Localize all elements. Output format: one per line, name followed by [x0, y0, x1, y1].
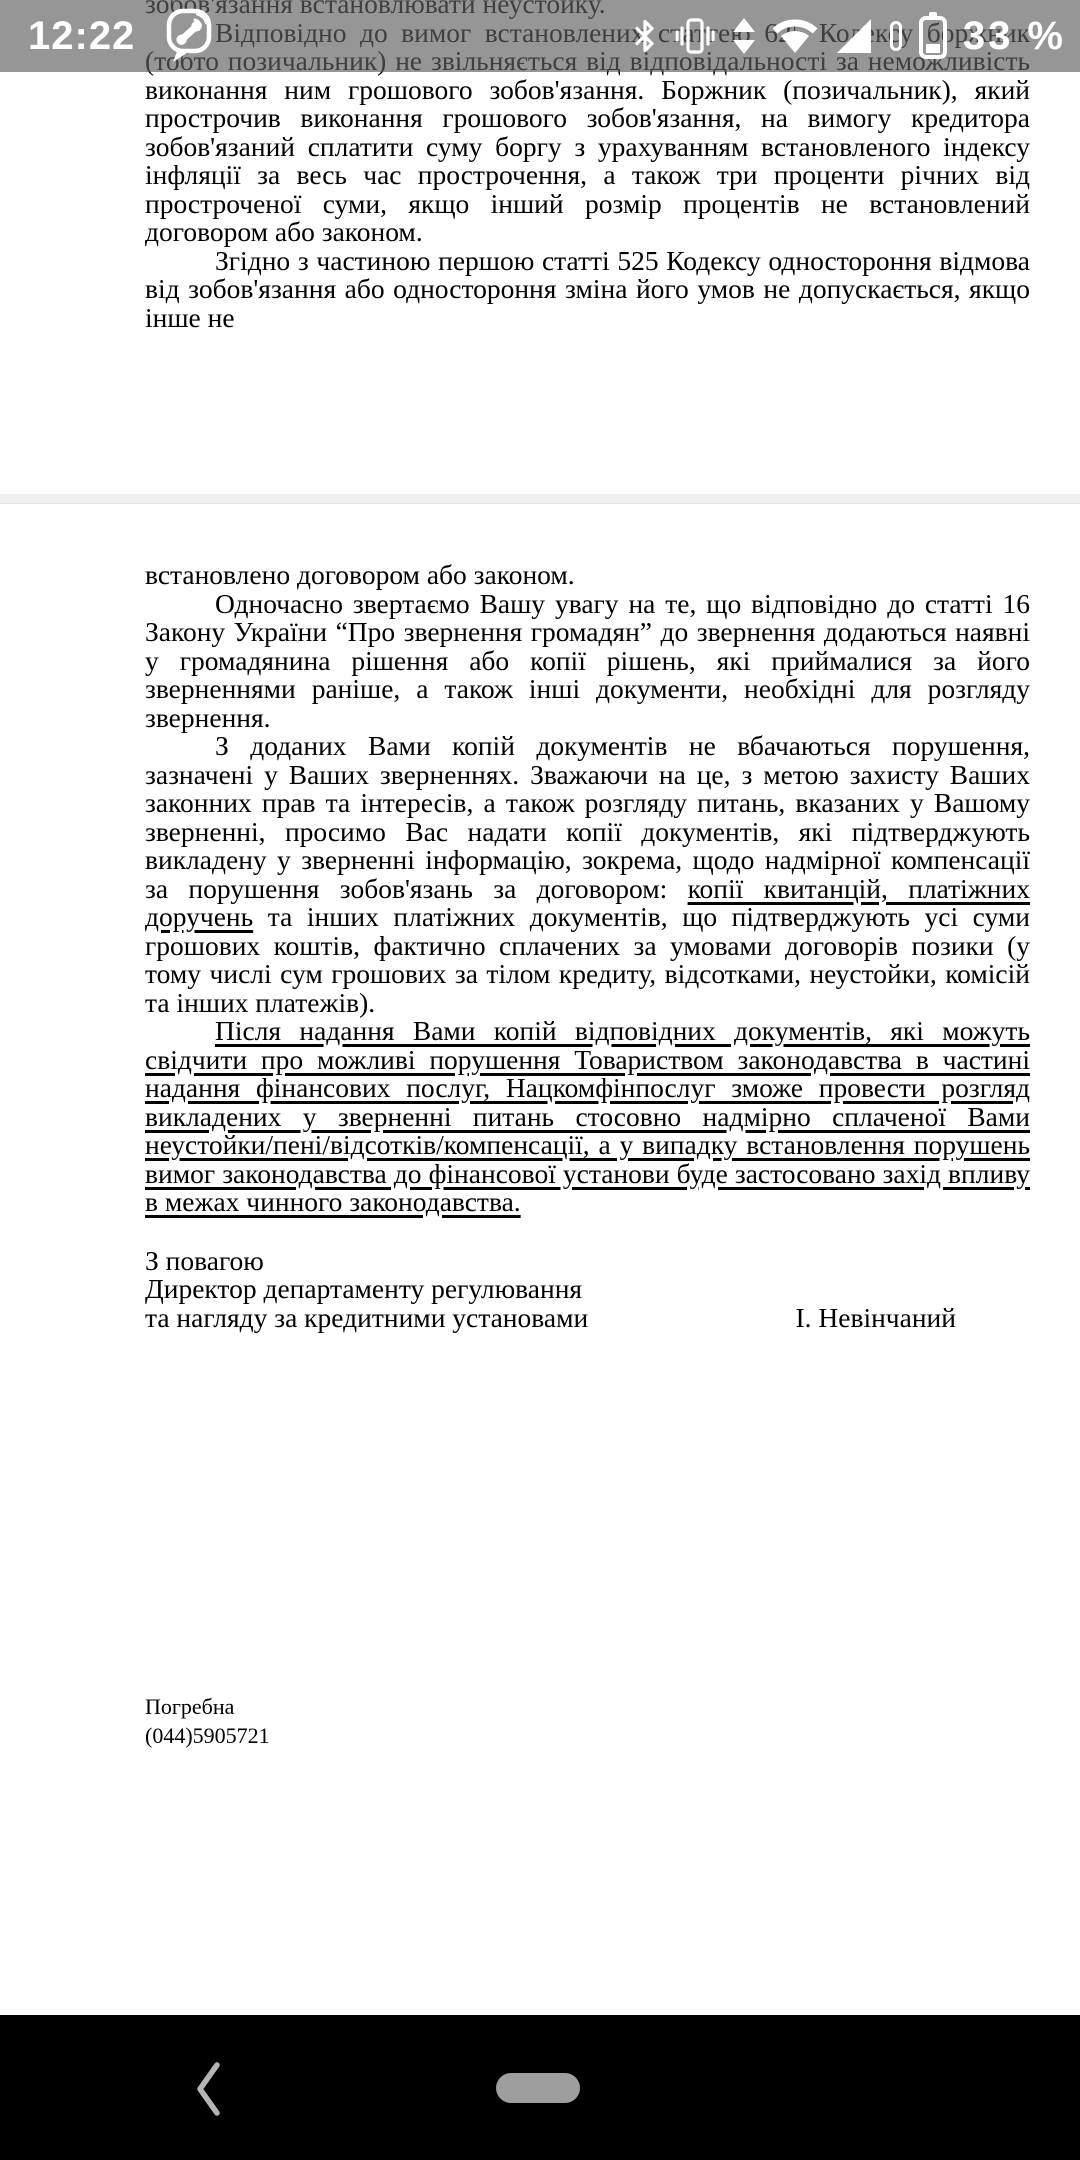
- document-page-1: зобов'язання встановлювати неустойку. Ві…: [0, 0, 1080, 494]
- status-icons-cluster: 33 %: [632, 12, 1066, 60]
- closing-block: З повагою Директор департаменту регулюва…: [145, 1247, 1030, 1333]
- back-button[interactable]: [193, 2060, 223, 2118]
- sim-signal-icon: [889, 20, 903, 52]
- carryover-line: встановлено договором або законом.: [145, 561, 1030, 590]
- contact-block: Погребна (044)5905721: [145, 1692, 270, 1750]
- navigation-bar: [0, 2015, 1080, 2160]
- paragraph-article-525: Згідно з частиною першою статті 525 Коде…: [145, 247, 1030, 333]
- phone-screen: зобов'язання встановлювати неустойку. Ві…: [0, 0, 1080, 2160]
- clock: 12:22: [28, 14, 135, 59]
- document-viewer[interactable]: зобов'язання встановлювати неустойку. Ві…: [0, 0, 1080, 2015]
- signature-name: І. Невінчаний: [795, 1304, 1030, 1333]
- paragraph-attention: Одночасно звертаємо Вашу увагу на те, що…: [145, 590, 1030, 733]
- signature-row: та нагляду за кредитними установами І. Н…: [145, 1304, 1030, 1333]
- request-text-after: та інших платіжних документів, що підтве…: [145, 901, 1030, 1018]
- home-pill[interactable]: [496, 2073, 580, 2103]
- bluetooth-icon: [632, 18, 658, 54]
- signal-icon: [834, 16, 874, 56]
- paragraph-underlined-warning: Після надання Вами копій відповідних док…: [145, 1017, 1030, 1217]
- status-bar: 12:22: [0, 0, 1080, 72]
- wifi-icon: [771, 17, 819, 55]
- network-traffic-icon: [732, 17, 756, 55]
- viber-notification-icon: [165, 7, 213, 65]
- battery-icon: [918, 12, 948, 60]
- back-chevron-icon: [193, 2060, 223, 2118]
- signer-title-line2: та нагляду за кредитними установами: [145, 1304, 588, 1333]
- paragraph-request: З доданих Вами копій документів не вбача…: [145, 732, 1030, 1017]
- vibrate-icon: [673, 16, 717, 56]
- document-page-2: встановлено договором або законом. Одноч…: [0, 504, 1080, 1332]
- contact-phone: (044)5905721: [145, 1721, 270, 1750]
- page-separator: [0, 494, 1080, 504]
- salutation: З повагою: [145, 1247, 1030, 1276]
- battery-percent-label: 33 %: [963, 14, 1066, 59]
- signer-title-line1: Директор департаменту регулювання: [145, 1275, 1030, 1304]
- contact-person: Погребна: [145, 1692, 270, 1721]
